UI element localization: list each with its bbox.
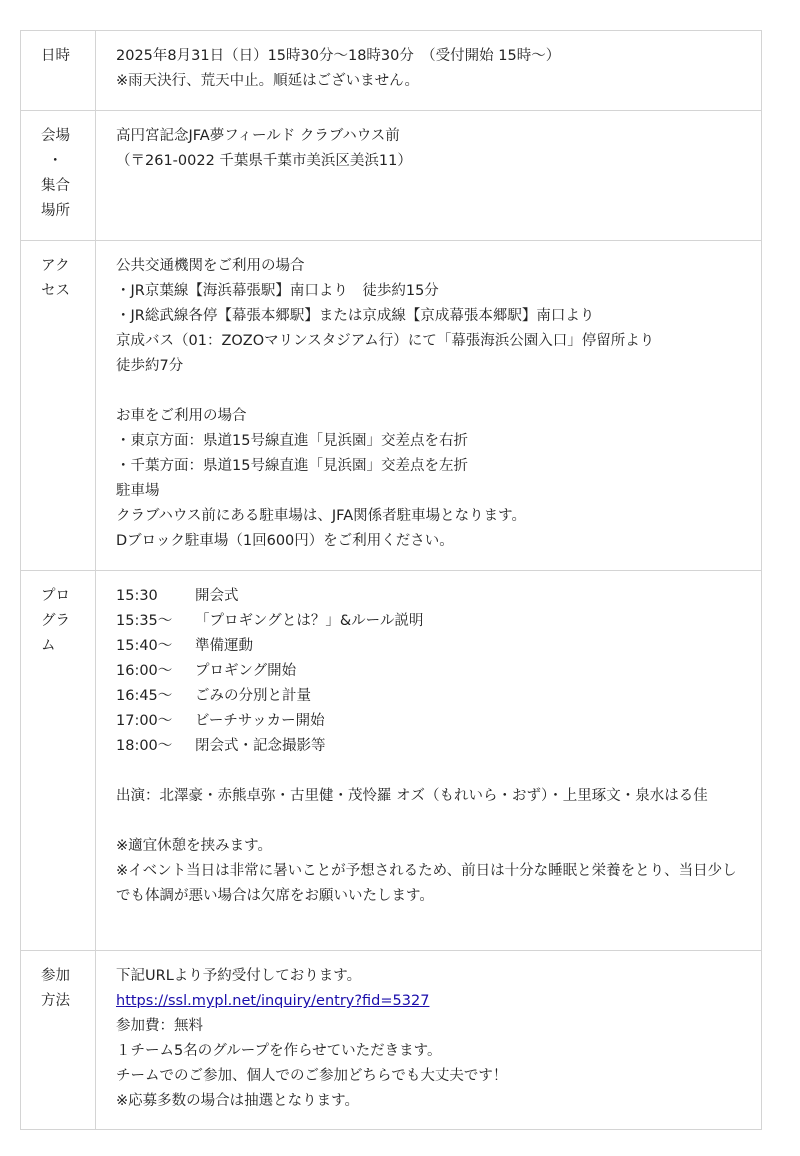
note-break: ※適宜休憩を挟みます。 (116, 834, 741, 859)
schedule-item: 15:35～ 「プロギングとは？」&ルール説明 (116, 609, 741, 634)
schedule-activity: 閉会式・記念撮影等 (195, 734, 326, 759)
label-line: セス (41, 279, 75, 304)
lottery-note: ※応募多数の場合は抽選となります。 (116, 1089, 741, 1114)
label-line: 集合 (41, 174, 75, 199)
label-date-text: 日時 (41, 44, 75, 69)
blank-line (116, 379, 741, 404)
access-text-line: ・JR京葉線【海浜幕張駅】南口より 徒歩約15分 (116, 279, 741, 304)
schedule-activity: 「プロギングとは？」&ルール説明 (195, 609, 423, 634)
row-venue: 会場 ・ 集合 場所 高円宮記念JFA夢フィールド クラブハウス前 （〒261-… (21, 111, 762, 241)
access-text-line: 駐車場 (116, 479, 741, 504)
label-line: プロ (41, 584, 75, 609)
team-text: １チーム5名のグループを作らせていただきます。 (116, 1039, 741, 1064)
event-info-table: 日時 2025年8月31日（日）15時30分～18時30分 （受付開始 15時～… (20, 30, 762, 1130)
schedule-item: 15:30 開会式 (116, 584, 741, 609)
schedule-activity: プロギング開始 (195, 659, 296, 684)
row-program: プロ グラ ム 15:30 開会式 15:35～ 「プロギングとは？」&ルール説… (21, 571, 762, 951)
access-text-line: ・千葉方面：県道15号線直進「見浜園」交差点を左折 (116, 454, 741, 479)
schedule-activity: 準備運動 (195, 634, 253, 659)
label-program: プロ グラ ム (21, 571, 96, 951)
label-venue-text: 会場 ・ 集合 場所 (41, 124, 75, 224)
entry-link-line: https://ssl.mypl.net/inquiry/entry?fid=5… (116, 989, 741, 1014)
schedule-time: 15:30 (116, 584, 195, 609)
label-line: 場所 (41, 199, 75, 224)
date-time-text: 2025年8月31日（日）15時30分～18時30分 （受付開始 15時～） (116, 44, 741, 69)
access-text-line: お車をご利用の場合 (116, 404, 741, 429)
weather-note: ※雨天決行、荒天中止。順延はございません。 (116, 69, 741, 94)
blank-line (116, 759, 741, 784)
content-date: 2025年8月31日（日）15時30分～18時30分 （受付開始 15時～） ※… (96, 31, 762, 111)
cast-text: 出演：北澤豪・赤熊卓弥・古里健・茂怜羅 オズ（もれいら・おず）・上里琢文・泉水は… (116, 784, 741, 809)
participation-text: チームでのご参加、個人でのご参加どちらでも大丈夫です！ (116, 1064, 741, 1089)
label-join-text: 参加 方法 (41, 964, 75, 1014)
schedule-time: 15:35～ (116, 609, 195, 634)
schedule-time: 16:00～ (116, 659, 195, 684)
blank-line (116, 809, 741, 834)
access-text-line: 京成バス（01：ZOZOマリンスタジアム行）にて「幕張海浜公園入口」停留所より (116, 329, 741, 354)
access-text-line: ・JR総武線各停【幕張本郷駅】または京成線【京成幕張本郷駅】南口より (116, 304, 741, 329)
access-text-line: 徒歩約7分 (116, 354, 741, 379)
access-text-line: Dブロック駐車場（1回600円）をご利用ください。 (116, 529, 741, 554)
label-program-text: プロ グラ ム (41, 584, 75, 659)
fee-text: 参加費：無料 (116, 1014, 741, 1039)
label-access-text: アク セス (41, 254, 75, 304)
label-venue: 会場 ・ 集合 場所 (21, 111, 96, 241)
label-line: 会場 (41, 124, 75, 149)
row-join: 参加 方法 下記URLより予約受付しております。 https://ssl.myp… (21, 951, 762, 1130)
label-line: 参加 (41, 964, 75, 989)
content-access: 公共交通機関をご利用の場合 ・JR京葉線【海浜幕張駅】南口より 徒歩約15分 ・… (96, 241, 762, 571)
content-join: 下記URLより予約受付しております。 https://ssl.mypl.net/… (96, 951, 762, 1130)
schedule-time: 16:45～ (116, 684, 195, 709)
schedule-item: 17:00～ ビーチサッカー開始 (116, 709, 741, 734)
content-program: 15:30 開会式 15:35～ 「プロギングとは？」&ルール説明 15:40～… (96, 571, 762, 951)
note-health: ※イベント当日は非常に暑いことが予想されるため、前日は十分な睡眠と栄養をとり、当… (116, 859, 741, 909)
schedule-item: 15:40～ 準備運動 (116, 634, 741, 659)
label-line: アク (41, 254, 75, 279)
label-access: アク セス (21, 241, 96, 571)
access-text-line: ・東京方面：県道15号線直進「見浜園」交差点を右折 (116, 429, 741, 454)
schedule-activity: ごみの分別と計量 (195, 684, 311, 709)
entry-url-link[interactable]: https://ssl.mypl.net/inquiry/entry?fid=5… (116, 993, 429, 1009)
label-line: 方法 (41, 989, 75, 1014)
schedule-time: 18:00～ (116, 734, 195, 759)
schedule-time: 15:40～ (116, 634, 195, 659)
row-access: アク セス 公共交通機関をご利用の場合 ・JR京葉線【海浜幕張駅】南口より 徒歩… (21, 241, 762, 571)
label-join: 参加 方法 (21, 951, 96, 1130)
schedule-item: 16:00～ プロギング開始 (116, 659, 741, 684)
venue-name: 高円宮記念JFA夢フィールド クラブハウス前 (116, 124, 741, 149)
join-intro: 下記URLより予約受付しております。 (116, 964, 741, 989)
label-line: ム (41, 634, 75, 659)
schedule-item: 16:45～ ごみの分別と計量 (116, 684, 741, 709)
schedule-item: 18:00～ 閉会式・記念撮影等 (116, 734, 741, 759)
schedule-activity: ビーチサッカー開始 (195, 709, 325, 734)
schedule-time: 17:00～ (116, 709, 195, 734)
label-line: ・ (41, 149, 75, 174)
row-date: 日時 2025年8月31日（日）15時30分～18時30分 （受付開始 15時～… (21, 31, 762, 111)
access-text-line: 公共交通機関をご利用の場合 (116, 254, 741, 279)
venue-address: （〒261-0022 千葉県千葉市美浜区美浜11） (116, 149, 741, 174)
schedule-activity: 開会式 (195, 584, 239, 609)
label-line: グラ (41, 609, 75, 634)
access-text-line: クラブハウス前にある駐車場は、JFA関係者駐車場となります。 (116, 504, 741, 529)
content-venue: 高円宮記念JFA夢フィールド クラブハウス前 （〒261-0022 千葉県千葉市… (96, 111, 762, 241)
label-date: 日時 (21, 31, 96, 111)
